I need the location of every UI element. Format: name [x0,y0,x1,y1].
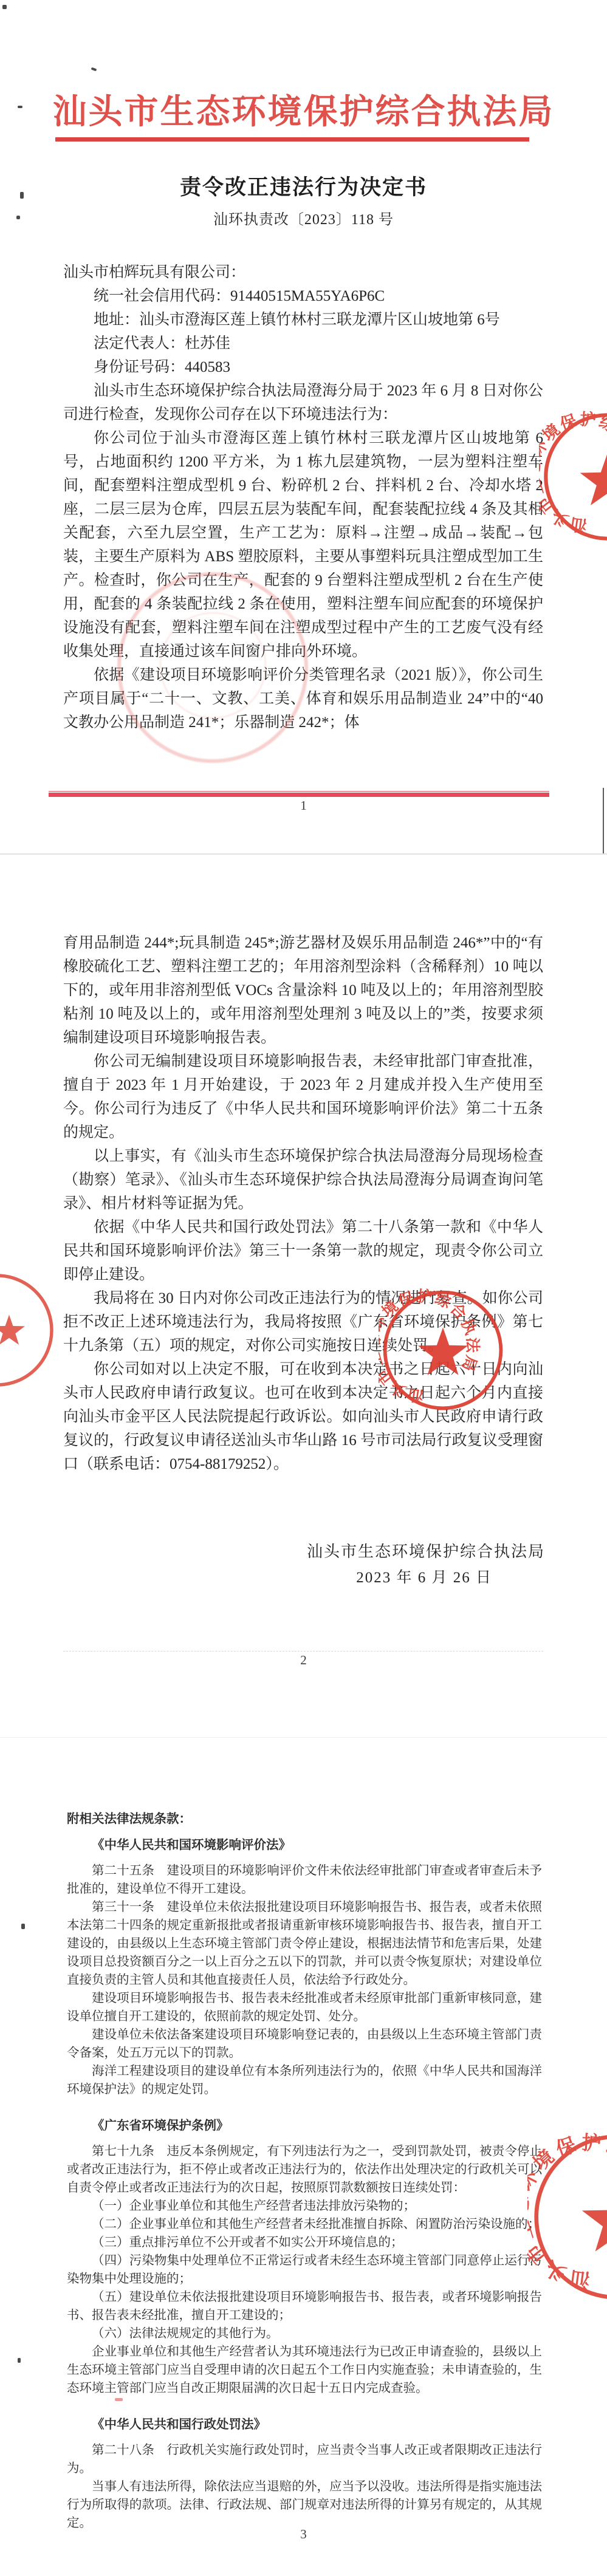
law-item: （二）企业事业单位和其他生产经营者未经批准擅自拆除、闲置防治污染设施的； [67,2215,542,2233]
appeal-rights-paragraph: 你公司如对以上决定不服，可在收到本决定书之日起六十日内向汕头市人民政府申请行政复… [63,1358,543,1476]
page-number-2: 2 [0,1653,607,1668]
law-item: （六）法律法规规定的其他行为。 [67,2325,542,2343]
seal-star [580,453,607,505]
official-seal-partial-right: 汕头市生态环境保护综合执法局 [539,408,607,545]
law-paragraph: 建设项目环境影响报告书、报告表未经批准或者未经原审批部门重新审核同意，建设单位擅… [67,1989,542,2026]
law-title-eia-law: 《中华人民共和国环境影响评价法》 [67,1836,542,1854]
faint-ghost-seal [117,572,308,763]
footer-red-rule [49,791,549,797]
seal-star [0,1315,25,1345]
issue-date: 2023 年 6 月 26 日 [356,1565,492,1587]
scan-speck [20,192,24,199]
credit-code-line: 统一社会信用代码：91440515MA55YA6P6C [63,284,543,308]
scan-speck [21,1924,25,1929]
seal-star [582,2185,607,2252]
seal-ring-text: 汕头市生态环境保护综合执法局 [539,408,607,545]
page-1: 汕头市生态环境保护综合执法局 责令改正违法行为决定书 汕环执责改〔2023〕11… [0,0,607,855]
reinspection-paragraph: 我局将在 30 日内对你公司改正违法行为的情况进行复查。如你公司拒不改正上述环境… [63,1286,543,1358]
scanned-document: 汕头市生态环境保护综合执法局 责令改正违法行为决定书 汕环执责改〔2023〕11… [0,0,607,2576]
law-item: （一）企业事业单位和其他生产经营者违法排放污染物的； [67,2197,542,2215]
law-item: （四）污染物集中处理单位不正常运行或者未经生态环境主管部门同意停止运行污染物集中… [67,2252,542,2288]
law-paragraph: 第二十八条 行政机关实施行政处罚时，应当责令当事人改正或者限期改正违法行为。 [67,2441,542,2478]
document-title: 责令改正违法行为决定书 [0,171,607,201]
red-ink-smudge [115,2398,123,2401]
violation-finding-paragraph: 你公司无编制建设项目环境影响报告表，未经审批部门审查批准，擅自于 2023 年 … [63,1050,543,1144]
law-item: （三）重点排污单位不公开或者不如实公开环境信息的； [67,2233,542,2252]
seal-ring [0,1276,52,1385]
evidence-paragraph: 以上事实，有《汕头市生态环境保护综合执法局澄海分局现场检查（勘察）笔录》、《汕头… [63,1144,543,1215]
page-3: 附相关法律法规条款： 《中华人民共和国环境影响评价法》 第二十五条 建设项目的环… [0,1738,607,2576]
id-number-line: 身份证号码：440583 [63,355,543,379]
scan-speck [18,2358,21,2363]
footer-rule-thick-band [49,793,549,797]
order-stop-construction-paragraph: 依据《中华人民共和国行政处罚法》第二十八条第一款和《中华人民共和国环境影响评价法… [63,1215,543,1286]
law-title-admin-penalty-law: 《中华人民共和国行政处罚法》 [67,2416,542,2434]
scan-edge-line [603,788,604,855]
agency-header-title: 汕头市生态环境保护综合执法局 [0,85,607,134]
law-paragraph: 当事人有违法所得，除依法应当退赔的外，应当予以没收。违法所得是指实施违法行为所取… [67,2478,542,2532]
scan-speck [2,5,7,9]
document-number: 汕环执责改〔2023〕118 号 [0,207,607,228]
header-double-rule [55,137,529,142]
appendix-body: 附相关法律法规条款： 《中华人民共和国环境影响评价法》 第二十五条 建设项目的环… [67,1810,542,2532]
legal-representative-line: 法定代表人：杜苏佳 [63,332,543,355]
page-number-3: 3 [0,2527,607,2542]
page-2: 育用品制造 244*;玩具制造 245*;游艺器材及娱乐用品制造 246*”中的… [0,856,607,1738]
law-paragraph: 建设单位未依法备案建设项目环境影响登记表的，由县级以上生态环境主管部门责令备案，… [67,2026,542,2062]
faint-ghost-seal-inner-ring [160,612,266,719]
law-paragraph: 海洋工程建设项目的建设单位有本条所列违法行为的，依照《中华人民共和国海洋环境保护… [67,2062,542,2099]
scan-speck [91,67,97,72]
seal-ring [537,2137,607,2298]
addressee-line: 汕头市柏辉玩具有限公司： [63,261,543,284]
issuing-agency-signature: 汕头市生态环境保护综合执法局 [307,1539,545,1562]
footer-faint-rule [63,1651,543,1652]
law-paragraph: 企业事业单位和其他生产经营者认为其环境违法行为已改正申请查验的，县级以上生态环境… [67,2343,542,2397]
law-title-guangdong-regulation: 《广东省环境保护条例》 [67,2117,542,2135]
law-paragraph: 第三十一条 建设单位未依法报批建设项目环境影响报告书、报告表，或者未依照本法第二… [67,1898,542,1989]
scan-speck [16,216,20,219]
seal-ring [546,415,607,538]
scan-speck [18,106,22,108]
official-seal-partial-left [0,1269,58,1391]
page-number-1: 1 [0,798,607,813]
law-item: （五）建设单位未依法报批建设项目环境影响报告书、报告表，或者环境影响报告书、报告… [67,2288,542,2325]
page-2-body: 育用品制造 244*;玩具制造 245*;游艺器材及娱乐用品制造 246*”中的… [63,931,543,1476]
inspection-intro-paragraph: 汕头市生态环境保护综合执法局澄海分局于 2023 年 6 月 8 日对你公司进行… [63,379,543,426]
law-paragraph: 第二十五条 建设项目的环境影响评价文件未依法经审批部门审查或者审查后未予批准的，… [67,1862,542,1898]
appendix-header: 附相关法律法规条款： [67,1810,542,1828]
address-line: 地址：汕头市澄海区莲上镇竹林村三联龙潭片区山坡地第 6号 [63,308,543,332]
catalog-basis-continued-paragraph: 育用品制造 244*;玩具制造 245*;游艺器材及娱乐用品制造 246*”中的… [63,931,543,1050]
law-paragraph: 第七十九条 违反本条例规定，有下列违法行为之一，受到罚款处罚，被责令停止或者改正… [67,2142,542,2197]
